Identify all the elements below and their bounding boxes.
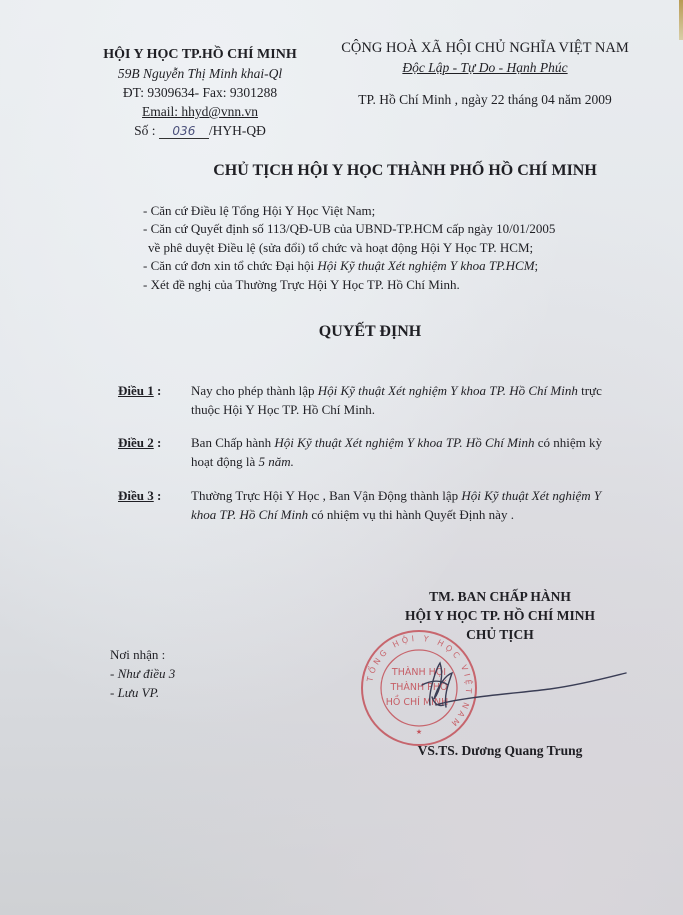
national-header: CỘNG HOÀ XÃ HỘI CHỦ NGHĨA VIỆT NAM Độc L…	[340, 38, 630, 78]
document-title: CHỦ TỊCH HỘI Y HỌC THÀNH PHỐ HỒ CHÍ MINH	[200, 162, 610, 180]
article-2: Điều 2 : Ban Chấp hành Hội Kỹ thuật Xét …	[118, 433, 638, 471]
basis-item: - Căn cứ Điều lệ Tổng Hội Y Học Việt Nam…	[143, 202, 623, 220]
issuer-phone-fax: ĐT: 9309634- Fax: 9301288	[90, 83, 310, 102]
article-label: Điều 3 :	[118, 486, 191, 524]
article-text: Ban Chấp hành Hội Kỹ thuật Xét nghiệm Y …	[191, 433, 611, 471]
issuer-email: Email: hhyd@vnn.vn	[142, 104, 258, 119]
issuer-address: 59B Nguyễn Thị Minh khai-Ql	[90, 64, 310, 83]
recipient-item: - Như điều 3	[110, 664, 175, 683]
article-label: Điều 1 :	[118, 381, 191, 419]
signature-line-1: TM. BAN CHẤP HÀNH	[380, 587, 620, 606]
country-name: CỘNG HOÀ XÃ HỘI CHỦ NGHĨA VIỆT NAM	[340, 38, 630, 58]
article-3: Điều 3 : Thường Trực Hội Y Học , Ban Vận…	[118, 486, 638, 524]
signature-line-2: HỘI Y HỌC TP. HỒ CHÍ MINH	[380, 606, 620, 625]
issuer-header: HỘI Y HỌC TP.HỒ CHÍ MINH 59B Nguyễn Thị …	[90, 45, 310, 140]
signer-name: VS.TS. Dương Quang Trung	[380, 743, 620, 759]
article-label: Điều 2 :	[118, 433, 191, 471]
basis-item-continued: về phê duyệt Điều lệ (sửa đổi) tổ chức v…	[143, 239, 623, 257]
page-edge	[679, 0, 683, 40]
decision-heading: QUYẾT ĐỊNH	[110, 323, 630, 341]
article-1: Điều 1 : Nay cho phép thành lập Hội Kỹ t…	[118, 381, 638, 419]
legal-basis-list: - Căn cứ Điều lệ Tổng Hội Y Học Việt Nam…	[143, 202, 623, 294]
basis-item: - Xét đề nghị của Thường Trực Hội Y Học …	[143, 276, 623, 294]
article-text: Nay cho phép thành lập Hội Kỹ thuật Xét …	[191, 381, 611, 419]
issuer-org-name: HỘI Y HỌC TP.HỒ CHÍ MINH	[90, 45, 310, 64]
svg-text:★: ★	[416, 728, 422, 736]
article-text: Thường Trực Hội Y Học , Ban Vận Động thà…	[191, 486, 611, 524]
handwritten-signature	[400, 655, 630, 715]
national-motto: Độc Lập - Tự Do - Hạnh Phúc	[340, 58, 630, 78]
recipient-item: - Lưu VP.	[110, 683, 175, 702]
recipients-label: Nơi nhận :	[110, 645, 175, 664]
place-date: TP. Hồ Chí Minh , ngày 22 tháng 04 năm 2…	[340, 92, 630, 108]
basis-item: - Căn cứ đơn xin tổ chức Đại hội Hội Kỹ …	[143, 257, 623, 275]
document-number: Số : 036/HYH-QĐ	[90, 121, 310, 140]
document-number-handwritten: 036	[159, 124, 209, 139]
recipients: Nơi nhận : - Như điều 3 - Lưu VP.	[110, 645, 175, 702]
basis-item: - Căn cứ Quyết định số 113/QĐ-UB của UBN…	[143, 220, 623, 238]
